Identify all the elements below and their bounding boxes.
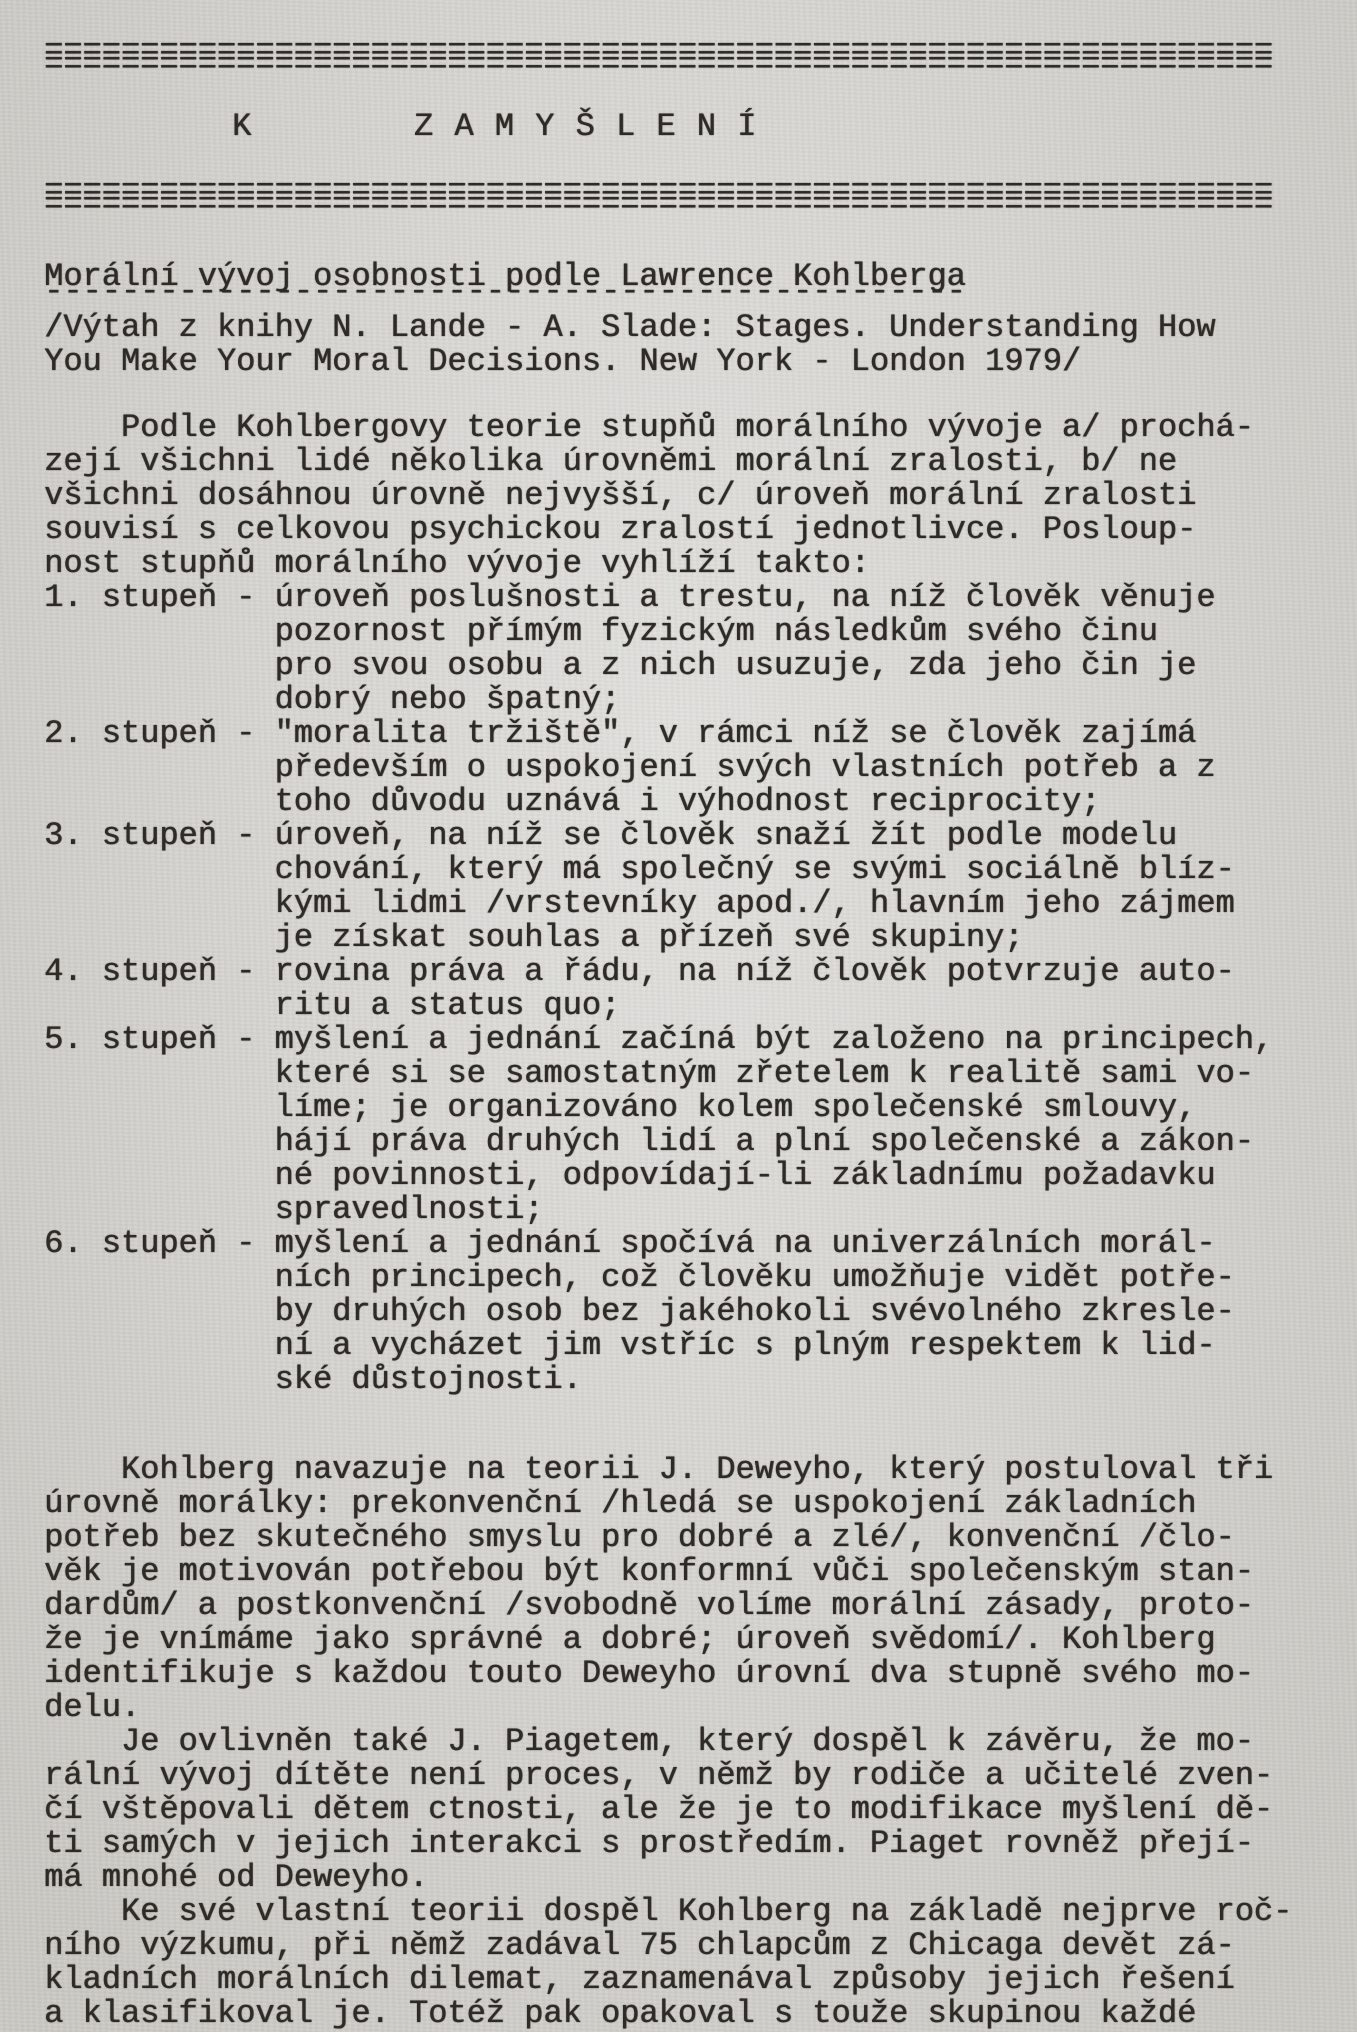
stage-definition: úroveň poslušnosti a trestu, na níž člov… (274, 581, 1333, 717)
stage-item: 4. stupeň - rovina práva a řádu, na níž … (44, 955, 1333, 1023)
text-line: delu. (44, 1691, 1333, 1725)
stage-item: 1. stupeň - úroveň poslušnosti a trestu,… (44, 581, 1333, 717)
text-line: líme; je organizováno kolem společenské … (274, 1091, 1333, 1125)
text-line: pro svou osobu a z nich usuzuje, zda jeh… (274, 649, 1333, 683)
stage-item: 6. stupeň - myšlení a jednání spočívá na… (44, 1227, 1333, 1397)
text-line: ritu a status quo; (274, 989, 1333, 1023)
text-line: ské důstojnosti. (274, 1363, 1333, 1397)
text-line: chování, který má společný se svými soci… (274, 853, 1333, 887)
text-line: toho důvodu uznává i výhodnost reciproci… (274, 785, 1333, 819)
text-line: dardům/ a postkonvenční /svobodně volíme… (44, 1589, 1333, 1623)
text-line: /Výtah z knihy N. Lande - A. Slade: Stag… (44, 311, 1333, 345)
stage-definition: rovina práva a řádu, na níž člověk potvr… (274, 955, 1333, 1023)
text-line: ních principech, což člověku umožňuje vi… (274, 1261, 1333, 1295)
stage-term: 2. stupeň - (44, 717, 274, 819)
text-line: by druhých osob bez jakéhokoli svévolnéh… (274, 1295, 1333, 1329)
double-rule-top: ========================================… (44, 44, 1333, 72)
text-line: identifikuje s každou touto Deweyho úrov… (44, 1657, 1333, 1691)
text-line: především o uspokojení svých vlastních p… (274, 751, 1333, 785)
rule-line: ========================================… (44, 198, 1333, 212)
text-line: úrovně morálky: prekonvenční /hledá se u… (44, 1487, 1333, 1521)
stage-term: 3. stupeň - (44, 819, 274, 955)
stages-list: 1. stupeň - úroveň poslušnosti a trestu,… (44, 581, 1333, 1397)
text-line: že je vnímáme jako správné a dobré; úrov… (44, 1623, 1333, 1657)
intro-paragraph: Podle Kohlbergovy teorie stupňů morálníh… (44, 411, 1333, 581)
text-line: né povinnosti, odpovídají-li základnímu … (274, 1159, 1333, 1193)
research-paragraph: Ke své vlastní teorii dospěl Kohlberg na… (44, 1895, 1333, 2031)
text-line: "moralita tržiště", v rámci níž se člově… (274, 717, 1333, 751)
rule-line: ========================================… (44, 58, 1333, 72)
stage-item: 5. stupeň - myšlení a jednání začíná být… (44, 1023, 1333, 1227)
stage-definition: "moralita tržiště", v rámci níž se člově… (274, 717, 1333, 819)
text-line: a klasifikoval je. Totéž pak opakoval s … (44, 1997, 1333, 2031)
stage-item: 3. stupeň - úroveň, na níž se člověk sna… (44, 819, 1333, 955)
text-line: myšlení a jednání spočívá na univerzální… (274, 1227, 1333, 1261)
text-line: je získat souhlas a přízeň své skupiny; (274, 921, 1333, 955)
stage-definition: úroveň, na níž se člověk snaží žít podle… (274, 819, 1333, 955)
text-line: ti samých v jejich interakci s prostředí… (44, 1827, 1333, 1861)
text-line: spravedlnosti; (274, 1193, 1333, 1227)
text-line: Ke své vlastní teorii dospěl Kohlberg na… (44, 1895, 1333, 1929)
piaget-paragraph: Je ovlivněn také J. Piagetem, který dosp… (44, 1725, 1333, 1895)
text-line: potřeb bez skutečného smyslu pro dobré a… (44, 1521, 1333, 1555)
source-citation: /Výtah z knihy N. Lande - A. Slade: Stag… (44, 311, 1333, 379)
text-line: nost stupňů morálního vývoje vyhlíží tak… (44, 547, 1333, 581)
text-line: Kohlberg navazuje na teorii J. Deweyho, … (44, 1453, 1333, 1487)
text-line: ního výzkumu, při němž zadával 75 chlapc… (44, 1929, 1333, 1963)
text-line: pozornost přímým fyzickým následkům svéh… (274, 615, 1333, 649)
text-line: zejí všichni lidé několika úrovněmi morá… (44, 445, 1333, 479)
text-line: hájí práva druhých lidí a plní společens… (274, 1125, 1333, 1159)
heading-underline: ----------------------------------------… (44, 287, 1333, 305)
double-rule-bottom: ========================================… (44, 184, 1333, 212)
text-line: rovina práva a řádu, na níž člověk potvr… (274, 955, 1333, 989)
scanned-typewritten-page: ========================================… (0, 0, 1357, 2032)
text-line: Podle Kohlbergovy teorie stupňů morálníh… (44, 411, 1333, 445)
text-line: čí vštěpovali dětem ctnosti, ale že je t… (44, 1793, 1333, 1827)
text-line: ní a vycházet jim vstříc s plným respekt… (274, 1329, 1333, 1363)
stage-item: 2. stupeň - "moralita tržiště", v rámci … (44, 717, 1333, 819)
text-line: má mnohé od Deweyho. (44, 1861, 1333, 1895)
text-line: rální vývoj dítěte není proces, v němž b… (44, 1759, 1333, 1793)
text-line: You Make Your Moral Decisions. New York … (44, 345, 1333, 379)
text-line: které si se samostatným zřetelem k reali… (274, 1057, 1333, 1091)
stage-term: 1. stupeň - (44, 581, 274, 717)
stage-term: 6. stupeň - (44, 1227, 274, 1397)
text-line: kladních morálních dilemat, zaznamenával… (44, 1963, 1333, 1997)
text-line: všichni dosáhnou úrovně nejvyšší, c/ úro… (44, 479, 1333, 513)
stage-term: 4. stupeň - (44, 955, 274, 1023)
text-line: úroveň poslušnosti a trestu, na níž člov… (274, 581, 1333, 615)
stage-definition: myšlení a jednání začíná být založeno na… (274, 1023, 1333, 1227)
dewey-paragraph: Kohlberg navazuje na teorii J. Deweyho, … (44, 1453, 1333, 1725)
page-title: K Z A M Y Š L E N Í (232, 110, 1333, 144)
text-line: souvisí s celkovou psychickou zralostí j… (44, 513, 1333, 547)
text-line: Je ovlivněn také J. Piagetem, který dosp… (44, 1725, 1333, 1759)
article-heading-block: Morální vývoj osobnosti podle Lawrence K… (44, 260, 1333, 305)
text-line: úroveň, na níž se člověk snaží žít podle… (274, 819, 1333, 853)
text-line: kými lidmi /vrstevníky apod./, hlavním j… (274, 887, 1333, 921)
text-line: dobrý nebo špatný; (274, 683, 1333, 717)
stage-definition: myšlení a jednání spočívá na univerzální… (274, 1227, 1333, 1397)
stage-term: 5. stupeň - (44, 1023, 274, 1227)
text-line: myšlení a jednání začíná být založeno na… (274, 1023, 1333, 1057)
text-line: věk je motivován potřebou být konformní … (44, 1555, 1333, 1589)
